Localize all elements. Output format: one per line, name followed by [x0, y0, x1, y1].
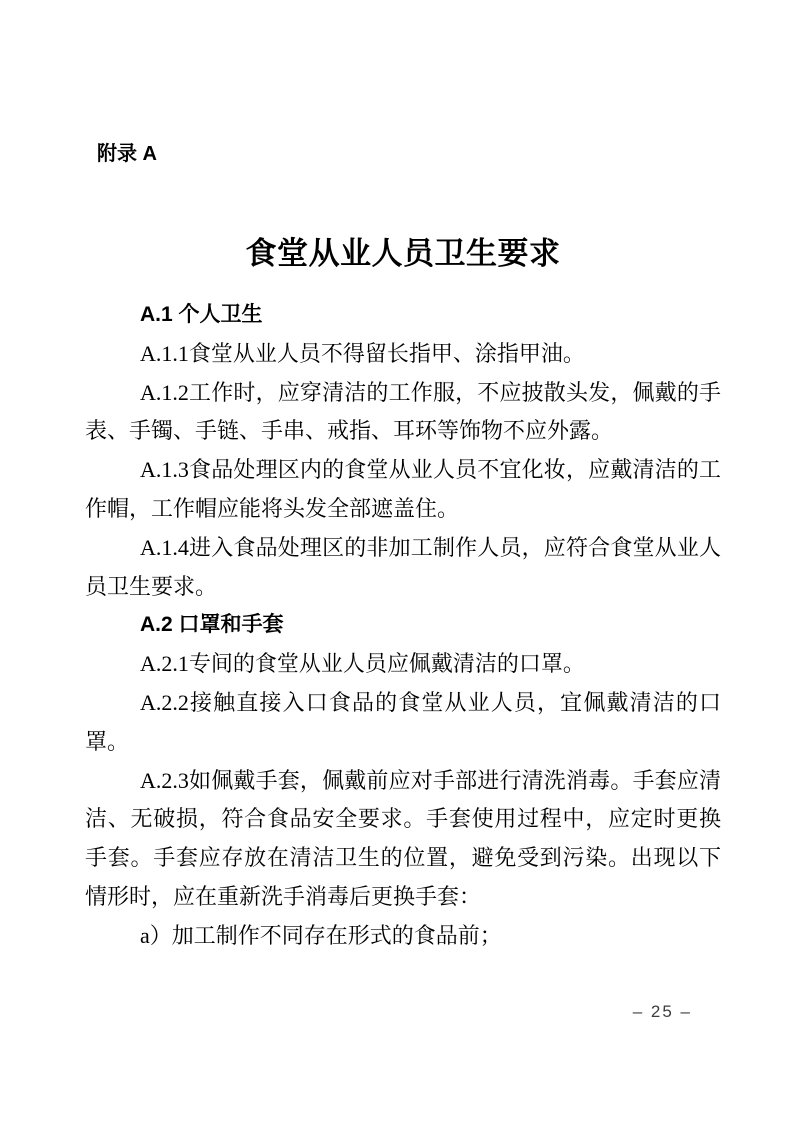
paragraph-a2-1: A.2.1专间的食堂从业人员应佩戴清洁的口罩。	[85, 645, 721, 684]
section-heading-a2: A.2 口罩和手套	[85, 606, 721, 645]
paragraph-a1-1: A.1.1食堂从业人员不得留长指甲、涂指甲油。	[85, 335, 721, 374]
paragraph-a1-2: A.1.2工作时，应穿清洁的工作服，不应披散头发，佩戴的手表、手镯、手链、手串、…	[85, 374, 721, 452]
section-heading-a1: A.1 个人卫生	[85, 296, 721, 335]
document-title: 食堂从业人员卫生要求	[85, 232, 721, 276]
appendix-label: 附录 A	[97, 141, 157, 167]
paragraph-a2-3: A.2.3如佩戴手套，佩戴前应对手部进行清洗消毒。手套应清洁、无破损，符合食品安…	[85, 762, 721, 917]
paragraph-a2-2: A.2.2接触直接入口食品的食堂从业人员，宜佩戴清洁的口罩。	[85, 684, 721, 762]
paragraph-a1-4: A.1.4进入食品处理区的非加工制作人员，应符合食堂从业人员卫生要求。	[85, 529, 721, 607]
paragraph-a1-3: A.1.3食品处理区内的食堂从业人员不宜化妆，应戴清洁的工作帽，工作帽应能将头发…	[85, 451, 721, 529]
document-body: A.1 个人卫生 A.1.1食堂从业人员不得留长指甲、涂指甲油。 A.1.2工作…	[85, 296, 721, 956]
document-page: 附录 A 食堂从业人员卫生要求 A.1 个人卫生 A.1.1食堂从业人员不得留长…	[0, 0, 794, 1123]
page-number: – 25 –	[633, 1001, 692, 1023]
list-item-a: a）加工制作不同存在形式的食品前；	[85, 917, 721, 956]
